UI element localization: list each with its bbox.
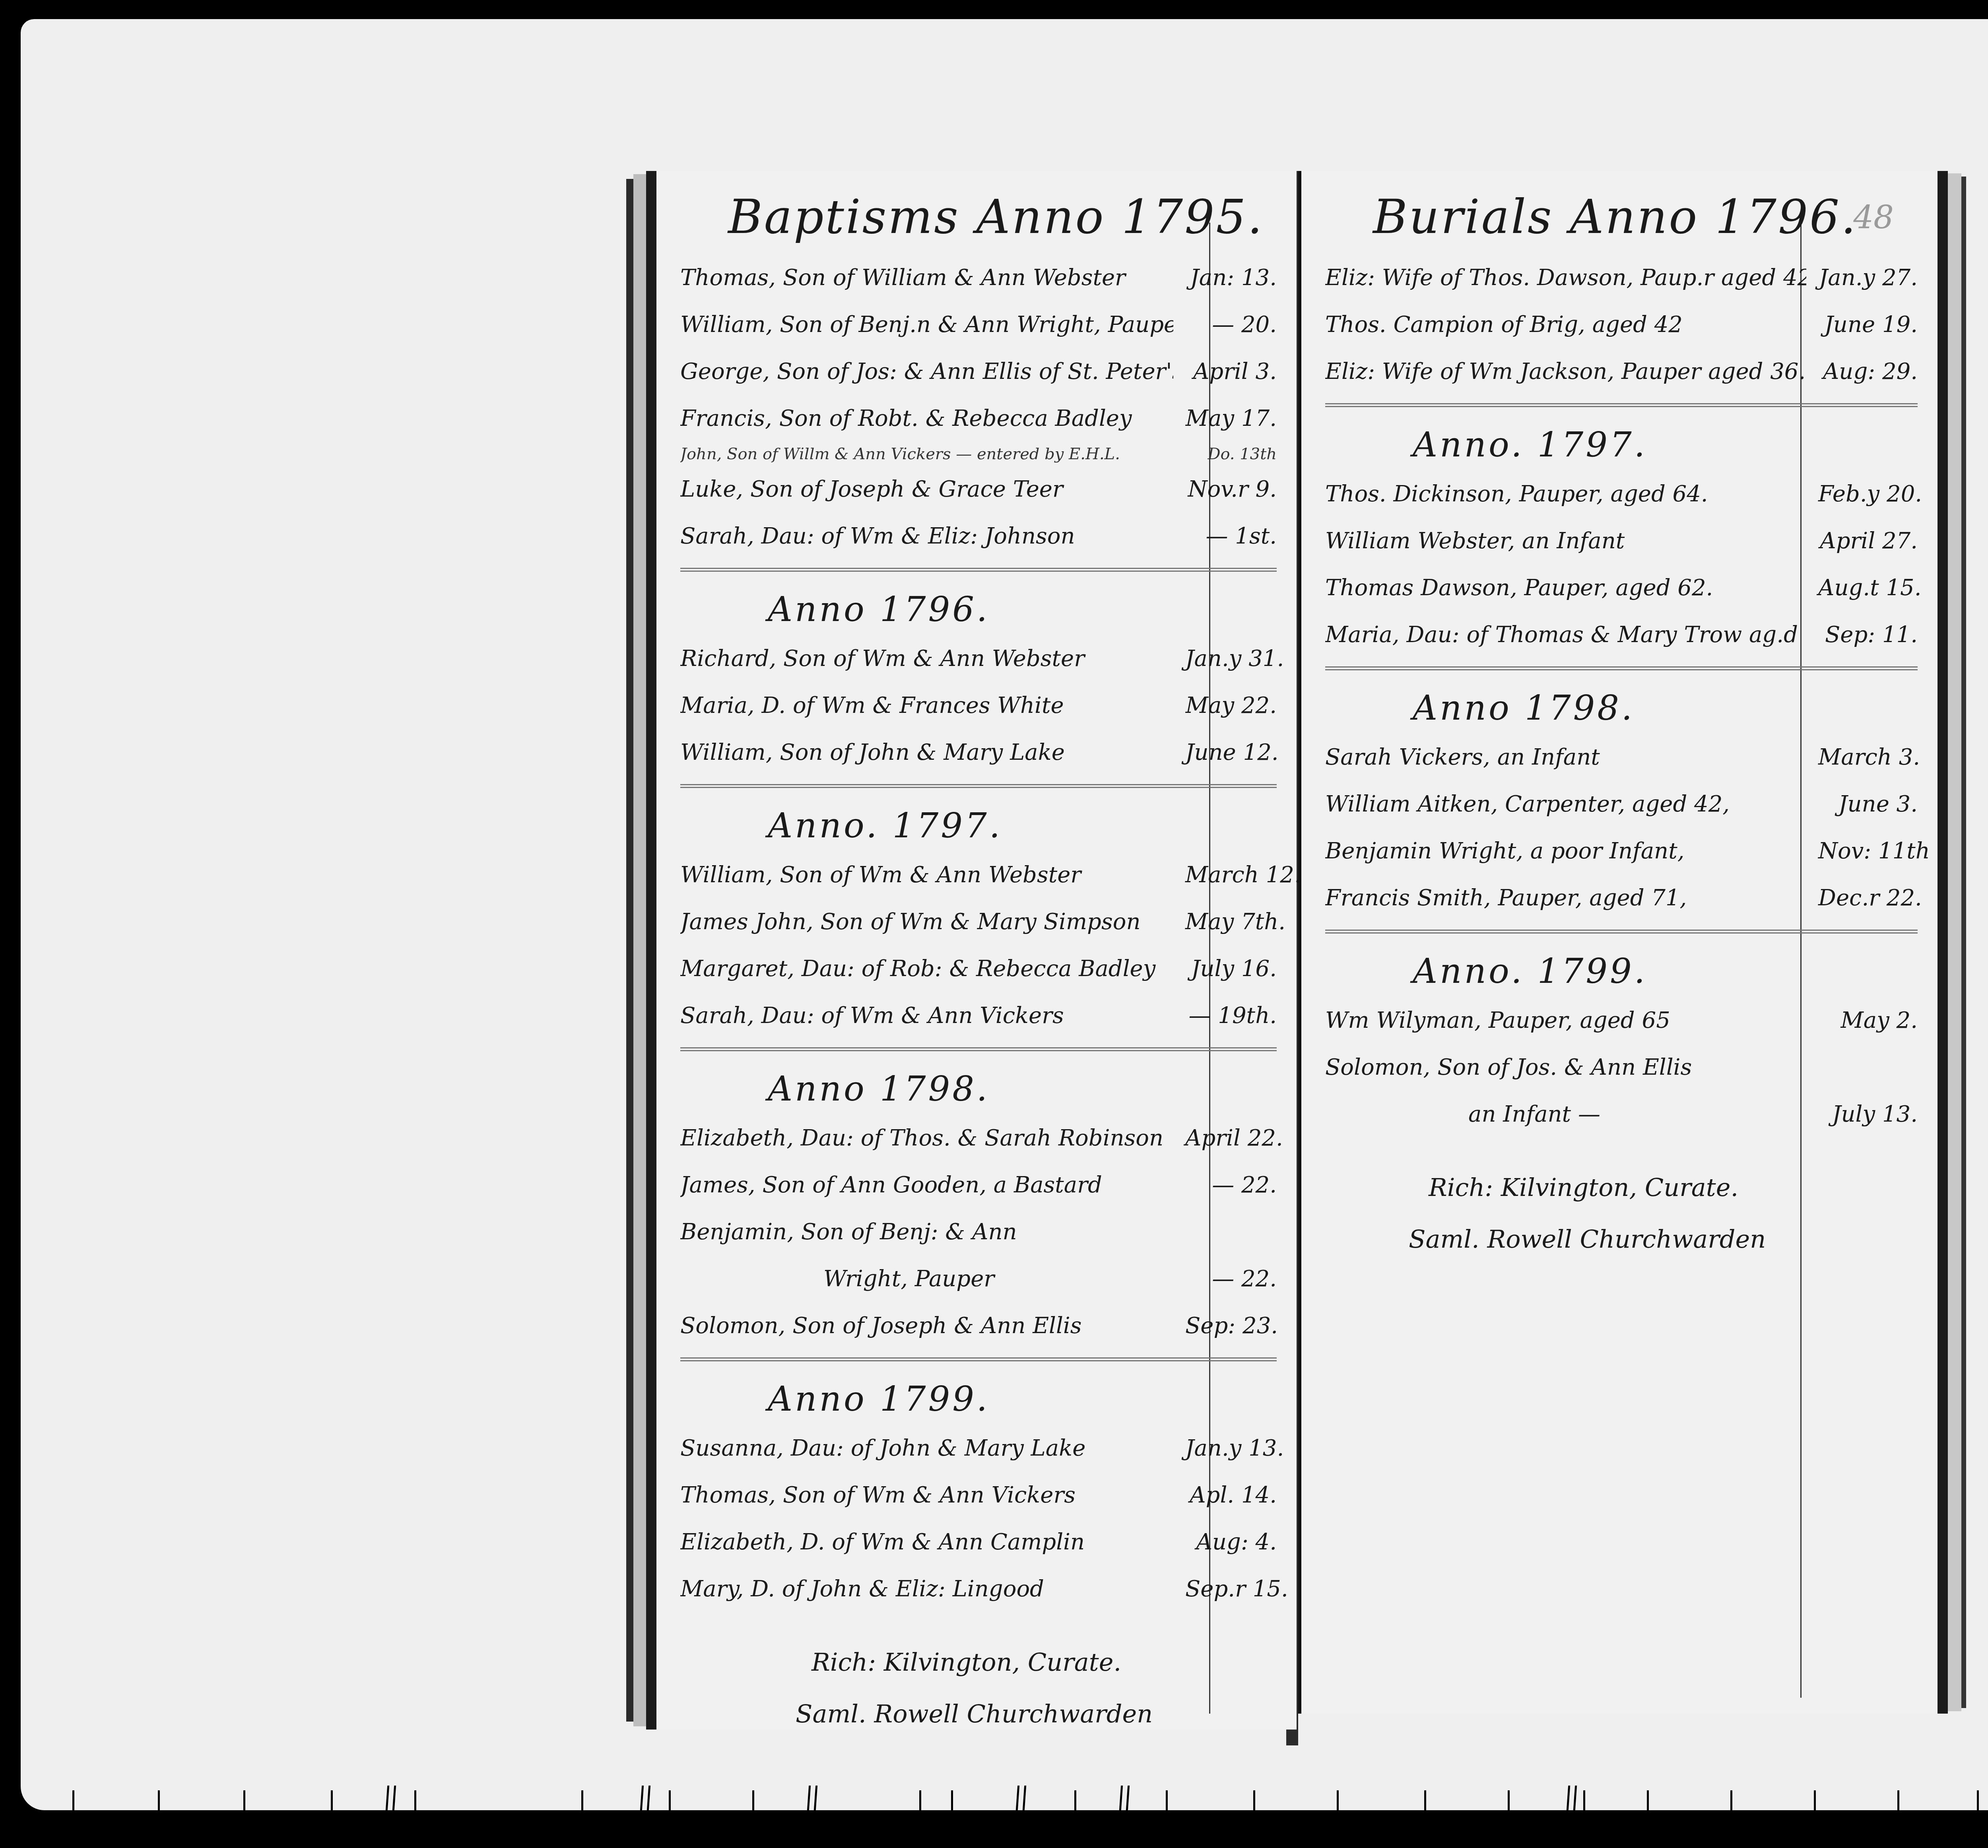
entry-text: Thomas, Son of William & Ann Webster [680, 254, 1173, 301]
entry-date: Jan.y 13. [1173, 1425, 1277, 1472]
ruler-tick [72, 1790, 74, 1810]
entry-text: Solomon, Son of Joseph & Ann Ellis [680, 1303, 1173, 1349]
curate-signature: Rich: Kilvington, Curate. [680, 1636, 1277, 1688]
entry-text: William Webster, an Infant [1325, 518, 1806, 565]
entry-date: — 19th. [1173, 992, 1277, 1039]
entry-text: James, Son of Ann Gooden, a Bastard [680, 1162, 1173, 1209]
register-book: Baptisms Anno 1795. Thomas, Son of Willi… [586, 171, 1978, 1769]
entry-text: James John, Son of Wm & Mary Simpson [680, 899, 1173, 945]
ruler-tick [1583, 1790, 1585, 1810]
year-section: Anno 1798.Sarah Vickers, an InfantMarch … [1325, 666, 1918, 922]
year-heading: Anno. 1797. [768, 800, 1277, 852]
year-section: Anno. 1799.Wm Wilyman, Pauper, aged 65Ma… [1325, 930, 1918, 1138]
film-edge-ruler [21, 1782, 1988, 1810]
register-entry: Solomon, Son of Jos. & Ann Ellis [1325, 1044, 1918, 1091]
ruler-tick [243, 1790, 245, 1810]
entry-text: William, Son of Benj.n & Ann Wright, Pau… [680, 301, 1173, 348]
entry-text: Margaret, Dau: of Rob: & Rebecca Badley [680, 945, 1173, 992]
register-entry: Margaret, Dau: of Rob: & Rebecca BadleyJ… [680, 945, 1277, 992]
entry-date: April 27. [1806, 518, 1918, 565]
ruler-tick [1253, 1790, 1255, 1810]
baptisms-page: Baptisms Anno 1795. Thomas, Son of Willi… [646, 171, 1297, 1730]
register-entry: Thomas, Son of William & Ann WebsterJan:… [680, 254, 1277, 301]
register-entry: James, Son of Ann Gooden, a Bastard— 22. [680, 1162, 1277, 1209]
register-entry: Wm Wilyman, Pauper, aged 65May 2. [1325, 997, 1918, 1044]
entry-text: William Aitken, Carpenter, aged 42, [1325, 781, 1806, 828]
register-entry: Solomon, Son of Joseph & Ann EllisSep: 2… [680, 1303, 1277, 1349]
register-entry: Sarah, Dau: of Wm & Eliz: Johnson— 1st. [680, 513, 1277, 560]
year-section: Anno. 1797.William, Son of Wm & Ann Webs… [680, 784, 1277, 1039]
register-entry: William, Son of John & Mary LakeJune 12. [680, 729, 1277, 776]
register-entry: Francis, Son of Robt. & Rebecca BadleyMa… [680, 395, 1277, 442]
entry-date: June 3. [1806, 781, 1918, 828]
year-section: Eliz: Wife of Thos. Dawson, Paup.r aged … [1325, 254, 1918, 395]
entry-date: April 22. [1173, 1115, 1277, 1162]
ruler-tick [807, 1786, 817, 1810]
register-entry: Thomas, Son of Wm & Ann VickersApl. 14. [680, 1472, 1277, 1519]
entry-date: Jan: 13. [1173, 254, 1277, 301]
register-entry: Susanna, Dau: of John & Mary LakeJan.y 1… [680, 1425, 1277, 1472]
burials-page: 48 Burials Anno 1796. Eliz: Wife of Thos… [1298, 171, 1948, 1714]
register-entry: James John, Son of Wm & Mary SimpsonMay … [680, 899, 1277, 945]
register-entry: William, Son of Wm & Ann WebsterMarch 12… [680, 852, 1277, 899]
register-entry: Benjamin Wright, a poor Infant,Nov: 11th [1325, 828, 1918, 875]
register-entry: Richard, Son of Wm & Ann WebsterJan.y 31… [680, 635, 1277, 682]
entry-text: Maria, D. of Wm & Frances White [680, 682, 1173, 729]
entry-text: John, Son of Willm & Ann Vickers — enter… [680, 442, 1173, 466]
ruler-tick [1508, 1790, 1510, 1810]
entry-date: May 17. [1173, 395, 1277, 442]
entry-text: Susanna, Dau: of John & Mary Lake [680, 1425, 1173, 1472]
register-entry: John, Son of Willm & Ann Vickers — enter… [680, 442, 1277, 466]
curate-signature: Rich: Kilvington, Curate. [1325, 1162, 1918, 1213]
entry-text: Wright, Pauper [680, 1256, 1173, 1303]
entry-text: Benjamin Wright, a poor Infant, [1325, 828, 1806, 875]
ruler-tick [386, 1786, 396, 1810]
churchwarden-signature: Saml. Rowell Churchwarden [680, 1688, 1277, 1740]
entry-text: Solomon, Son of Jos. & Ann Ellis [1325, 1044, 1806, 1091]
entry-date: — 22. [1173, 1162, 1277, 1209]
page-heading: Burials Anno 1796. [1373, 187, 1918, 247]
year-section: Anno 1798.Elizabeth, Dau: of Thos. & Sar… [680, 1047, 1277, 1349]
entry-text: Thos. Campion of Brig, aged 42 [1325, 301, 1806, 348]
entry-text: Sarah Vickers, an Infant [1325, 734, 1806, 781]
entry-date: May 7th. [1173, 899, 1277, 945]
register-entry: Mary, D. of John & Eliz: LingoodSep.r 15… [680, 1566, 1277, 1613]
entry-date: April 3. [1173, 348, 1277, 395]
ruler-tick [752, 1790, 754, 1810]
entry-text: Luke, Son of Joseph & Grace Teer [680, 466, 1173, 513]
signature-block: Rich: Kilvington, Curate. Saml. Rowell C… [1325, 1162, 1918, 1265]
entry-date: Aug.t 15. [1806, 565, 1918, 611]
register-entry: an Infant —July 13. [1325, 1091, 1918, 1138]
churchwarden-signature: Saml. Rowell Churchwarden [1325, 1213, 1918, 1265]
ruler-tick [1977, 1790, 1979, 1810]
entry-date: Sep: 23. [1173, 1303, 1277, 1349]
ruler-tick [1074, 1790, 1076, 1810]
ruler-tick [1337, 1790, 1339, 1810]
entry-date: June 19. [1806, 301, 1918, 348]
register-entry: William Aitken, Carpenter, aged 42,June … [1325, 781, 1918, 828]
ruler-tick [581, 1790, 583, 1810]
year-section: Anno 1799.Susanna, Dau: of John & Mary L… [680, 1357, 1277, 1613]
entry-date: Feb.y 20. [1806, 471, 1918, 518]
year-heading: Anno 1796. [768, 584, 1277, 635]
entry-date: May 2. [1806, 997, 1918, 1044]
ruler-tick [640, 1786, 650, 1810]
entry-text: Mary, D. of John & Eliz: Lingood [680, 1566, 1173, 1613]
register-entry: Luke, Son of Joseph & Grace TeerNov.r 9. [680, 466, 1277, 513]
entry-text: Thomas, Son of Wm & Ann Vickers [680, 1472, 1173, 1519]
ruler-tick [1016, 1786, 1026, 1810]
entry-text: Sarah, Dau: of Wm & Ann Vickers [680, 992, 1173, 1039]
register-entry: Maria, D. of Wm & Frances WhiteMay 22. [680, 682, 1277, 729]
entry-date: July 13. [1806, 1091, 1918, 1138]
ruler-tick [1166, 1790, 1168, 1810]
entry-date: Sep: 11. [1806, 611, 1918, 658]
year-heading: Anno 1798. [1413, 682, 1918, 734]
entry-text: Maria, Dau: of Thomas & Mary Trow ag.d 7… [1325, 611, 1806, 658]
ruler-tick [158, 1790, 160, 1810]
entry-date: Jan.y 31. [1173, 635, 1277, 682]
entry-date: Aug: 4. [1173, 1519, 1277, 1566]
entry-text: Wm Wilyman, Pauper, aged 65 [1325, 997, 1806, 1044]
year-section: Anno. 1797.Thos. Dickinson, Pauper, aged… [1325, 403, 1918, 658]
entry-text: Francis, Son of Robt. & Rebecca Badley [680, 395, 1173, 442]
entry-text: an Infant — [1325, 1091, 1806, 1138]
entry-date: June 12. [1173, 729, 1277, 776]
entry-date: Sep.r 15. [1173, 1566, 1277, 1613]
entry-date: March 12. [1173, 852, 1277, 899]
ruler-tick [1567, 1786, 1577, 1810]
entry-text: George, Son of Jos: & Ann Ellis of St. P… [680, 348, 1173, 395]
entry-text: Benjamin, Son of Benj: & Ann [680, 1209, 1173, 1256]
entry-date: July 16. [1173, 945, 1277, 992]
entry-date: March 3. [1806, 734, 1918, 781]
register-entry: Elizabeth, Dau: of Thos. & Sarah Robinso… [680, 1115, 1277, 1162]
register-entry: George, Son of Jos: & Ann Ellis of St. P… [680, 348, 1277, 395]
ruler-tick [1814, 1790, 1816, 1810]
entry-text: Elizabeth, D. of Wm & Ann Camplin [680, 1519, 1173, 1566]
entry-text: Eliz: Wife of Thos. Dawson, Paup.r aged … [1325, 254, 1806, 301]
ruler-tick [1647, 1790, 1649, 1810]
entry-date: — 22. [1173, 1256, 1277, 1303]
register-entry: William Webster, an InfantApril 27. [1325, 518, 1918, 565]
year-heading: Anno 1798. [768, 1063, 1277, 1115]
register-entry: Francis Smith, Pauper, aged 71,Dec.r 22. [1325, 875, 1918, 922]
register-entry: Benjamin, Son of Benj: & Ann [680, 1209, 1277, 1256]
entry-text: Richard, Son of Wm & Ann Webster [680, 635, 1173, 682]
entry-text: Elizabeth, Dau: of Thos. & Sarah Robinso… [680, 1115, 1173, 1162]
signature-block: Rich: Kilvington, Curate. Saml. Rowell C… [680, 1636, 1277, 1740]
register-entry: Wright, Pauper— 22. [680, 1256, 1277, 1303]
year-heading: Anno 1799. [768, 1373, 1277, 1425]
entry-date: — 20. [1173, 301, 1277, 348]
entry-text: Thos. Dickinson, Pauper, aged 64. [1325, 471, 1806, 518]
register-entry: Sarah, Dau: of Wm & Ann Vickers— 19th. [680, 992, 1277, 1039]
page-heading: Baptisms Anno 1795. [728, 187, 1277, 247]
entry-date: Aug: 29. [1806, 348, 1918, 395]
entry-date: Apl. 14. [1173, 1472, 1277, 1519]
register-entry: Thomas Dawson, Pauper, aged 62.Aug.t 15. [1325, 565, 1918, 611]
entry-date: May 22. [1173, 682, 1277, 729]
entry-date: Jan.y 27. [1806, 254, 1918, 301]
register-entry: William, Son of Benj.n & Ann Wright, Pau… [680, 301, 1277, 348]
ruler-tick [1897, 1790, 1899, 1810]
ruler-tick [919, 1790, 921, 1810]
entry-text: Thomas Dawson, Pauper, aged 62. [1325, 565, 1806, 611]
register-entry: Eliz: Wife of Wm Jackson, Pauper aged 36… [1325, 348, 1918, 395]
entry-date: Do. 13th [1173, 442, 1277, 466]
entry-date: Nov: 11th [1806, 828, 1918, 875]
ruler-tick [1424, 1790, 1426, 1810]
ruler-tick [669, 1790, 671, 1810]
ruler-tick [1119, 1786, 1130, 1810]
register-entry: Sarah Vickers, an InfantMarch 3. [1325, 734, 1918, 781]
register-entry: Elizabeth, D. of Wm & Ann CamplinAug: 4. [680, 1519, 1277, 1566]
entry-text: Eliz: Wife of Wm Jackson, Pauper aged 36… [1325, 348, 1806, 395]
year-heading: Anno. 1797. [1413, 419, 1918, 471]
ruler-tick [1730, 1790, 1732, 1810]
ruler-tick [331, 1790, 333, 1810]
ruler-tick [951, 1790, 953, 1810]
register-entry: Thos. Dickinson, Pauper, aged 64.Feb.y 2… [1325, 471, 1918, 518]
register-entry: Eliz: Wife of Thos. Dawson, Paup.r aged … [1325, 254, 1918, 301]
year-heading: Anno. 1799. [1413, 945, 1918, 997]
year-section: Thomas, Son of William & Ann WebsterJan:… [680, 254, 1277, 560]
entry-text: Sarah, Dau: of Wm & Eliz: Johnson [680, 513, 1173, 560]
entry-text: Francis Smith, Pauper, aged 71, [1325, 875, 1806, 922]
entry-date: — 1st. [1173, 513, 1277, 560]
register-entry: Thos. Campion of Brig, aged 42June 19. [1325, 301, 1918, 348]
register-entry: Maria, Dau: of Thomas & Mary Trow ag.d 7… [1325, 611, 1918, 658]
entry-date: Dec.r 22. [1806, 875, 1918, 922]
entry-text: William, Son of Wm & Ann Webster [680, 852, 1173, 899]
ruler-tick [414, 1790, 416, 1810]
entry-date: Nov.r 9. [1173, 466, 1277, 513]
entry-text: William, Son of John & Mary Lake [680, 729, 1173, 776]
year-section: Anno 1796.Richard, Son of Wm & Ann Webst… [680, 568, 1277, 776]
